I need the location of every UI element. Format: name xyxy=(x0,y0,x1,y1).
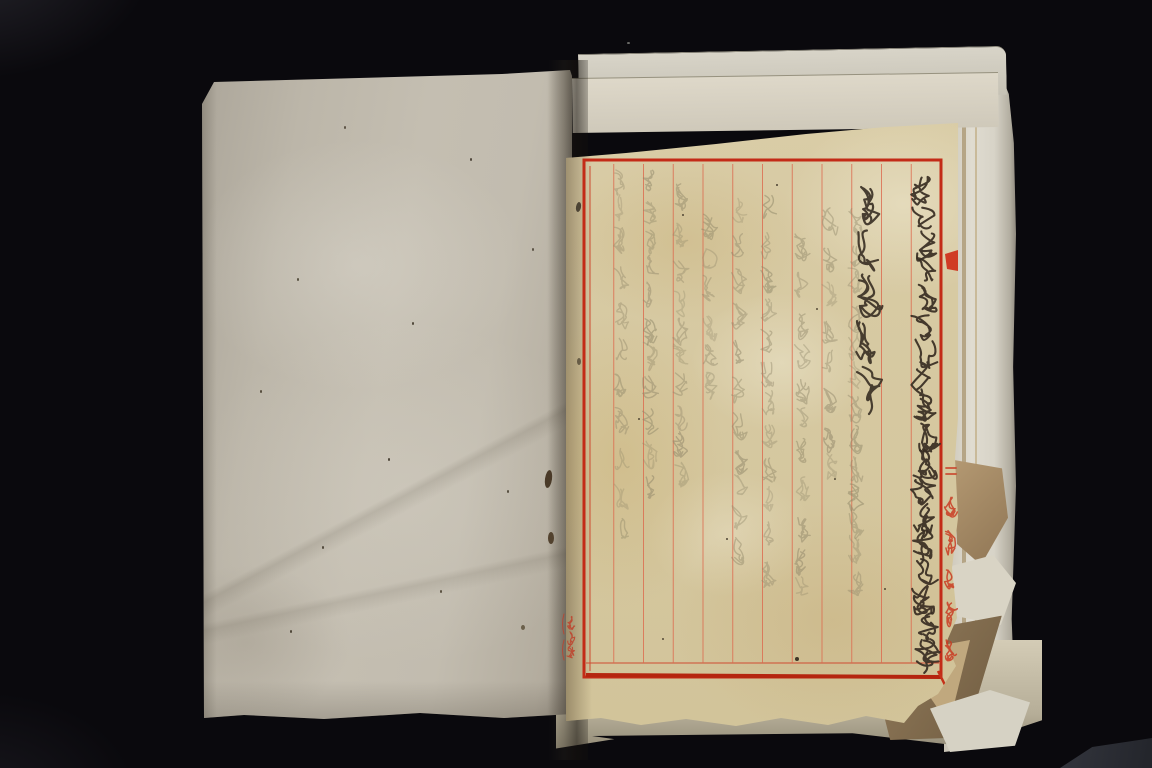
bleedthrough-glyph xyxy=(673,373,687,395)
handwriting-glyph xyxy=(919,613,938,639)
bleedthrough-glyph xyxy=(614,374,626,396)
bleedthrough-glyph xyxy=(824,428,835,452)
bleedthrough-glyph xyxy=(615,408,628,434)
handwriting-glyph xyxy=(916,340,938,368)
bleedthrough-glyph xyxy=(732,269,747,294)
bleedthrough-glyph xyxy=(614,484,628,509)
bleedthrough-glyph xyxy=(795,345,811,369)
handwriting-glyph xyxy=(911,315,930,340)
handwriting-glyph xyxy=(911,177,930,205)
brand-glyph xyxy=(568,632,575,645)
bleedthrough-glyph xyxy=(734,341,744,364)
bleedthrough-glyph xyxy=(732,506,747,529)
handwriting-glyph xyxy=(861,187,879,224)
red-margin-equals xyxy=(946,468,956,474)
right-page: 常寶煤、吳你的信刊計画二克生推西多愚 穹隆的坟茔 xyxy=(566,118,958,730)
handwriting-glyph xyxy=(917,559,938,584)
bleedthrough-glyph xyxy=(644,202,657,224)
bleedthrough-glyph xyxy=(761,363,773,387)
bleedthrough-glyph xyxy=(732,377,745,403)
handwriting-glyph xyxy=(919,424,940,452)
bleedthrough-glyph xyxy=(848,572,863,595)
bleedthrough-glyph xyxy=(702,214,718,239)
bleedthrough-glyph xyxy=(673,344,687,364)
bleedthrough-glyph xyxy=(615,449,629,470)
handwriting-glyph xyxy=(858,231,878,271)
bleedthrough-glyph xyxy=(735,475,748,495)
bleedthrough-glyph xyxy=(675,291,685,316)
bleedthrough-glyph xyxy=(762,562,776,587)
red-margin-glyph xyxy=(946,602,957,626)
bleedthrough-glyph xyxy=(643,409,658,434)
bleedthrough-glyph xyxy=(614,267,628,289)
red-margin-glyph xyxy=(945,497,958,517)
dust-speck xyxy=(627,42,630,44)
handwriting-glyph xyxy=(919,449,937,479)
brand-glyph xyxy=(568,616,575,629)
bleedthrough-glyph xyxy=(764,522,773,545)
bleedthrough-glyph xyxy=(824,248,837,272)
bleedthrough-glyph xyxy=(848,484,864,511)
bleedthrough-glyph xyxy=(705,373,717,400)
bleedthrough-glyph xyxy=(646,476,654,498)
bleedthrough-glyph xyxy=(616,338,627,359)
bleedthrough-glyph xyxy=(763,458,776,482)
bleedthrough-glyph xyxy=(621,519,629,539)
red-margin-glyph xyxy=(946,531,956,555)
handwriting-glyph xyxy=(911,368,929,393)
handwriting-glyph xyxy=(858,275,882,317)
bleedthrough-glyph xyxy=(673,261,688,282)
bleedthrough-glyph xyxy=(848,395,861,422)
handwriting-glyph xyxy=(857,367,882,414)
bleedthrough-glyph xyxy=(761,299,776,321)
red-margin-characters xyxy=(938,456,964,671)
bleedthrough-glyph xyxy=(732,234,744,257)
column-rule-lines xyxy=(614,164,912,663)
bleedthrough-glyph xyxy=(795,234,810,261)
photo-stage: 常寶煤、吳你的信刊計画二克生推西多愚 穹隆的坟茔 草爲希半月 （希興紙） xyxy=(0,0,1152,768)
bleedthrough-glyph xyxy=(797,408,808,427)
bleedthrough-glyph xyxy=(615,170,624,195)
bleedthrough-glyph xyxy=(797,439,806,463)
bleedthrough-glyph xyxy=(733,199,747,223)
red-margin-glyph xyxy=(946,640,957,661)
bleedthrough-glyph xyxy=(643,282,651,307)
red-corner-triangle xyxy=(945,250,958,271)
bleedthrough-glyph xyxy=(673,223,688,246)
bleedthrough-glyph xyxy=(703,316,717,341)
bleedthrough-glyph xyxy=(796,380,809,404)
paper-creases xyxy=(202,70,572,720)
handwriting-glyph xyxy=(917,231,936,260)
bleedthrough-glyph xyxy=(643,376,659,398)
table-corner xyxy=(1060,738,1152,768)
bleedthrough-glyph xyxy=(703,249,717,268)
bleedthrough-glyph xyxy=(849,209,862,235)
bleedthrough-glyph xyxy=(796,577,808,595)
bleedthrough-glyph xyxy=(827,454,837,479)
bleedthrough-glyph xyxy=(643,441,657,468)
bleedthrough-glyph xyxy=(643,170,653,190)
brand-paren-close xyxy=(563,640,565,660)
page-artwork xyxy=(566,118,958,730)
bleedthrough-glyph xyxy=(643,342,657,370)
bleedthrough-glyph xyxy=(673,318,688,345)
handwriting-glyph xyxy=(911,476,935,505)
bleedthrough-glyph xyxy=(795,273,808,298)
bleedthrough-glyph xyxy=(824,389,836,413)
bleedthrough-glyph xyxy=(822,282,837,306)
bleedthrough-glyph xyxy=(822,350,832,372)
brand-glyph xyxy=(567,646,575,658)
bleedthrough-glyph xyxy=(762,425,776,448)
stacked-sheet-edge xyxy=(572,72,999,133)
bleedthrough-glyph xyxy=(675,184,687,210)
bleedthrough-glyph xyxy=(675,406,687,430)
bleedthrough-glyph xyxy=(795,549,805,576)
red-margin-glyph xyxy=(945,570,954,589)
bleedthrough-glyph xyxy=(762,391,774,415)
bleedthrough-glyph xyxy=(798,314,808,339)
bleedthrough-glyph xyxy=(850,457,863,482)
bleedthrough-glyph xyxy=(646,230,656,253)
brand-paren-open xyxy=(563,614,565,634)
ink-bleedthrough xyxy=(614,170,864,595)
bleedthrough-glyph xyxy=(849,536,861,564)
handwriting-glyph xyxy=(912,586,934,614)
bleedthrough-glyph xyxy=(616,303,629,329)
bleedthrough-glyph xyxy=(798,518,810,542)
paper-brand-mark xyxy=(560,612,578,662)
left-page xyxy=(202,70,572,720)
bleedthrough-glyph xyxy=(675,463,689,487)
bleedthrough-glyph xyxy=(647,255,659,274)
handwriting-glyph xyxy=(915,395,936,421)
bleedthrough-glyph xyxy=(703,345,717,366)
handwriting-glyph xyxy=(916,639,940,673)
bleedthrough-glyph xyxy=(823,322,837,344)
bleedthrough-glyph xyxy=(764,487,773,511)
bleedthrough-glyph xyxy=(761,267,776,293)
paper-fiber-specks xyxy=(202,70,204,73)
handwriting-column-2 xyxy=(856,187,882,414)
ink-smudge xyxy=(577,358,581,365)
bleedthrough-glyph xyxy=(735,451,747,475)
bleedthrough-glyph xyxy=(822,208,838,235)
bleedthrough-glyph xyxy=(732,303,747,329)
bleedthrough-glyph xyxy=(763,196,776,219)
bleedthrough-glyph xyxy=(732,538,744,565)
bleedthrough-glyph xyxy=(673,432,687,457)
bleedthrough-glyph xyxy=(614,227,624,253)
handwriting-glyph xyxy=(912,208,934,229)
bleedthrough-glyph xyxy=(615,195,622,221)
bleedthrough-glyph xyxy=(848,362,860,388)
bleedthrough-glyph xyxy=(796,477,809,501)
bleedthrough-glyph xyxy=(732,413,747,440)
handwriting-glyph xyxy=(918,258,936,280)
ink-stain xyxy=(548,532,554,544)
bleedthrough-glyph xyxy=(644,319,657,345)
handwriting-glyph xyxy=(919,285,937,312)
bleedthrough-glyph xyxy=(703,275,714,300)
handwriting-column-1 xyxy=(911,177,940,673)
